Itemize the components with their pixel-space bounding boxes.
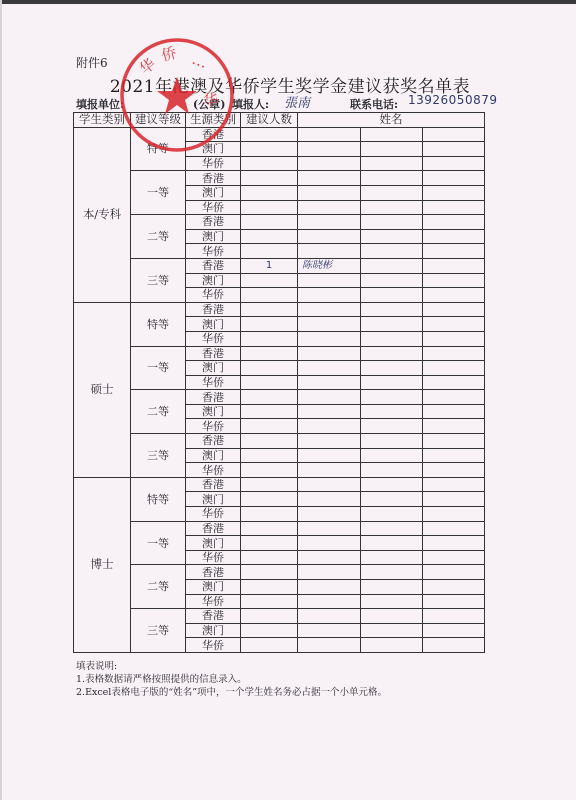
count-cell[interactable] — [241, 171, 298, 186]
name-cell[interactable] — [423, 185, 485, 200]
name-cell[interactable] — [361, 229, 423, 244]
name-cell[interactable] — [361, 215, 423, 230]
name-cell[interactable] — [361, 492, 423, 507]
count-cell[interactable] — [241, 317, 298, 332]
level-cell: 特等 — [131, 302, 186, 346]
count-cell[interactable] — [241, 507, 298, 522]
name-cell[interactable] — [423, 609, 485, 624]
table-row: 三等香港 — [74, 434, 485, 449]
name-cell[interactable] — [423, 521, 485, 536]
name-cell[interactable] — [298, 507, 361, 522]
count-cell[interactable] — [241, 404, 298, 419]
name-cell[interactable] — [361, 185, 423, 200]
header-level: 建议等级 — [131, 113, 186, 128]
name-cell[interactable] — [298, 302, 361, 317]
source-cell: 澳门 — [186, 580, 241, 595]
count-cell[interactable] — [241, 448, 298, 463]
name-cell[interactable] — [361, 419, 423, 434]
table-row: 本/专科特等香港 — [74, 127, 485, 142]
count-cell[interactable] — [241, 565, 298, 580]
source-cell: 香港 — [186, 258, 241, 273]
level-cell: 三等 — [131, 434, 186, 478]
table-row: 二等香港 — [74, 390, 485, 405]
name-cell[interactable] — [361, 258, 423, 273]
name-cell[interactable] — [423, 434, 485, 449]
name-cell[interactable] — [298, 142, 361, 157]
name-cell[interactable] — [298, 580, 361, 595]
name-cell[interactable] — [423, 244, 485, 259]
level-cell: 二等 — [131, 215, 186, 259]
source-cell: 澳门 — [186, 273, 241, 288]
scan-top-edge — [0, 0, 576, 4]
header-source: 生源类别 — [186, 113, 241, 128]
count-cell[interactable] — [241, 521, 298, 536]
source-cell: 香港 — [186, 390, 241, 405]
table-row: 博士特等香港 — [74, 477, 485, 492]
source-cell: 澳门 — [186, 448, 241, 463]
name-cell[interactable] — [423, 273, 485, 288]
count-cell[interactable] — [241, 463, 298, 478]
name-cell[interactable] — [298, 273, 361, 288]
name-cell[interactable] — [298, 288, 361, 303]
name-cell[interactable] — [361, 609, 423, 624]
name-cell[interactable] — [361, 346, 423, 361]
name-cell[interactable] — [298, 185, 361, 200]
level-cell: 二等 — [131, 565, 186, 609]
name-cell[interactable] — [361, 536, 423, 551]
name-cell[interactable] — [298, 229, 361, 244]
source-cell: 香港 — [186, 171, 241, 186]
name-cell[interactable] — [423, 390, 485, 405]
student-category-cell: 硕士 — [74, 302, 131, 477]
name-cell[interactable] — [298, 317, 361, 332]
name-cell[interactable] — [298, 638, 361, 653]
name-cell[interactable] — [423, 142, 485, 157]
phone-value: 13926050879 — [408, 93, 497, 107]
source-cell: 香港 — [186, 434, 241, 449]
name-cell[interactable] — [423, 594, 485, 609]
table-row: 硕士特等香港 — [74, 302, 485, 317]
table-row: 二等香港 — [74, 565, 485, 580]
table-row: 三等香港1陈晓彬 — [74, 258, 485, 273]
name-cell[interactable] — [298, 623, 361, 638]
phone-label: 联系电话: — [350, 96, 398, 112]
source-cell: 澳门 — [186, 317, 241, 332]
scan-left-edge — [0, 0, 2, 800]
header-names: 姓名 — [298, 113, 485, 128]
name-cell[interactable] — [361, 565, 423, 580]
name-cell[interactable] — [361, 521, 423, 536]
count-cell[interactable] — [241, 244, 298, 259]
name-cell[interactable] — [423, 492, 485, 507]
name-cell[interactable] — [423, 215, 485, 230]
name-cell[interactable] — [361, 463, 423, 478]
name-cell[interactable] — [423, 404, 485, 419]
count-cell[interactable] — [241, 127, 298, 142]
name-cell[interactable] — [423, 229, 485, 244]
name-cell[interactable] — [361, 434, 423, 449]
student-category-cell: 本/专科 — [74, 127, 131, 302]
source-cell: 澳门 — [186, 536, 241, 551]
count-cell[interactable] — [241, 609, 298, 624]
name-cell[interactable] — [423, 638, 485, 653]
name-cell[interactable] — [361, 244, 423, 259]
source-cell: 澳门 — [186, 361, 241, 376]
source-cell: 华侨 — [186, 507, 241, 522]
count-cell[interactable]: 1 — [241, 258, 298, 273]
name-cell[interactable] — [298, 521, 361, 536]
source-cell: 澳门 — [186, 185, 241, 200]
count-cell[interactable] — [241, 142, 298, 157]
count-cell[interactable] — [241, 156, 298, 171]
name-cell[interactable] — [423, 346, 485, 361]
count-cell[interactable] — [241, 185, 298, 200]
name-cell[interactable] — [361, 317, 423, 332]
name-cell[interactable] — [423, 317, 485, 332]
source-cell: 澳门 — [186, 404, 241, 419]
count-cell[interactable] — [241, 536, 298, 551]
name-cell[interactable] — [361, 638, 423, 653]
name-cell[interactable] — [423, 580, 485, 595]
count-cell[interactable] — [241, 492, 298, 507]
count-cell[interactable] — [241, 273, 298, 288]
name-cell[interactable] — [423, 288, 485, 303]
name-cell[interactable] — [361, 594, 423, 609]
name-cell[interactable] — [423, 156, 485, 171]
name-cell[interactable] — [423, 258, 485, 273]
name-cell[interactable] — [298, 156, 361, 171]
header-count: 建议人数 — [241, 113, 298, 128]
source-cell: 香港 — [186, 302, 241, 317]
source-cell: 华侨 — [186, 375, 241, 390]
name-cell[interactable] — [361, 404, 423, 419]
name-cell[interactable] — [361, 142, 423, 157]
name-cell[interactable] — [361, 171, 423, 186]
name-cell[interactable] — [423, 536, 485, 551]
source-cell: 华侨 — [186, 156, 241, 171]
name-cell[interactable] — [298, 594, 361, 609]
name-cell[interactable] — [298, 536, 361, 551]
count-cell[interactable] — [241, 638, 298, 653]
count-cell[interactable] — [241, 302, 298, 317]
count-cell[interactable] — [241, 623, 298, 638]
name-cell[interactable] — [361, 331, 423, 346]
name-cell[interactable] — [423, 200, 485, 215]
filler-signature: 張南 — [284, 92, 310, 111]
level-cell: 三等 — [131, 609, 186, 653]
attachment-label: 附件6 — [76, 54, 108, 71]
source-cell: 香港 — [186, 521, 241, 536]
name-cell[interactable] — [361, 550, 423, 565]
source-cell: 华侨 — [186, 244, 241, 259]
source-cell: 华侨 — [186, 200, 241, 215]
name-cell[interactable] — [423, 331, 485, 346]
count-cell[interactable] — [241, 594, 298, 609]
source-cell: 华侨 — [186, 288, 241, 303]
count-cell[interactable] — [241, 346, 298, 361]
table-row: 三等香港 — [74, 609, 485, 624]
count-cell[interactable] — [241, 580, 298, 595]
count-cell[interactable] — [241, 361, 298, 376]
count-cell[interactable] — [241, 419, 298, 434]
name-cell[interactable] — [423, 623, 485, 638]
name-cell[interactable]: 陈晓彬 — [298, 258, 361, 273]
count-cell[interactable] — [241, 434, 298, 449]
name-cell[interactable] — [423, 463, 485, 478]
name-cell[interactable] — [298, 215, 361, 230]
source-cell: 澳门 — [186, 492, 241, 507]
name-cell[interactable] — [361, 302, 423, 317]
notes-item: 2.Excel表格电子版的“姓名”项中，一个学生姓名务必占据一个小单元格。 — [76, 686, 387, 699]
notes-heading: 填表说明: — [76, 660, 387, 673]
name-cell[interactable] — [298, 127, 361, 142]
header-student-category: 学生类别 — [74, 113, 131, 128]
table-row: 一等香港 — [74, 346, 485, 361]
name-cell[interactable] — [423, 448, 485, 463]
count-cell[interactable] — [241, 215, 298, 230]
name-cell[interactable] — [298, 346, 361, 361]
name-cell[interactable] — [423, 507, 485, 522]
source-cell: 香港 — [186, 609, 241, 624]
level-cell: 特等 — [131, 477, 186, 521]
name-cell[interactable] — [298, 609, 361, 624]
name-cell[interactable] — [423, 419, 485, 434]
svg-text:侨: 侨 — [159, 44, 178, 65]
seal-label: (公章) — [193, 96, 225, 112]
name-cell[interactable] — [361, 273, 423, 288]
name-cell[interactable] — [361, 127, 423, 142]
notes-item: 1.表格数据请严格按照提供的信息录入。 — [76, 673, 387, 686]
name-cell[interactable] — [361, 580, 423, 595]
level-cell: 二等 — [131, 390, 186, 434]
name-cell[interactable] — [298, 434, 361, 449]
source-cell: 香港 — [186, 215, 241, 230]
source-cell: 香港 — [186, 127, 241, 142]
name-cell[interactable] — [423, 565, 485, 580]
name-cell[interactable] — [298, 375, 361, 390]
source-cell: 澳门 — [186, 229, 241, 244]
source-cell: 华侨 — [186, 419, 241, 434]
table-body: 本/专科特等香港澳门华侨一等香港澳门华侨二等香港澳门华侨三等香港1陈晓彬澳门华侨… — [74, 127, 485, 652]
count-cell[interactable] — [241, 390, 298, 405]
level-cell: 一等 — [131, 521, 186, 565]
name-cell[interactable] — [423, 171, 485, 186]
name-cell[interactable] — [361, 623, 423, 638]
name-cell[interactable] — [298, 565, 361, 580]
name-cell[interactable] — [423, 477, 485, 492]
count-cell[interactable] — [241, 229, 298, 244]
count-cell[interactable] — [241, 477, 298, 492]
name-cell[interactable] — [361, 361, 423, 376]
source-cell: 华侨 — [186, 638, 241, 653]
notes: 填表说明: 1.表格数据请严格按照提供的信息录入。 2.Excel表格电子版的“… — [76, 660, 387, 699]
level-cell: 一等 — [131, 171, 186, 215]
name-cell[interactable] — [298, 331, 361, 346]
name-cell[interactable] — [298, 477, 361, 492]
table-row: 二等香港 — [74, 215, 485, 230]
count-cell[interactable] — [241, 200, 298, 215]
name-cell[interactable] — [361, 390, 423, 405]
svg-text:…: … — [190, 50, 210, 72]
source-cell: 澳门 — [186, 142, 241, 157]
table-row: 一等香港 — [74, 521, 485, 536]
name-cell[interactable] — [423, 361, 485, 376]
name-cell[interactable] — [423, 375, 485, 390]
name-cell[interactable] — [298, 448, 361, 463]
unit-label: 填报单位: — [76, 96, 124, 112]
name-cell[interactable] — [423, 302, 485, 317]
student-category-cell: 博士 — [74, 477, 131, 652]
source-cell: 澳门 — [186, 623, 241, 638]
level-cell: 三等 — [131, 258, 186, 302]
table-header-row: 学生类别 建议等级 生源类别 建议人数 姓名 — [74, 113, 485, 128]
source-cell: 华侨 — [186, 331, 241, 346]
source-cell: 华侨 — [186, 463, 241, 478]
source-cell: 香港 — [186, 565, 241, 580]
name-cell[interactable] — [298, 492, 361, 507]
name-cell[interactable] — [361, 375, 423, 390]
name-cell[interactable] — [423, 127, 485, 142]
count-cell[interactable] — [241, 550, 298, 565]
name-cell[interactable] — [298, 171, 361, 186]
name-cell[interactable] — [298, 419, 361, 434]
award-nomination-table: 学生类别 建议等级 生源类别 建议人数 姓名 本/专科特等香港澳门华侨一等香港澳… — [73, 112, 485, 653]
name-cell[interactable] — [298, 390, 361, 405]
name-cell[interactable] — [298, 361, 361, 376]
source-cell: 香港 — [186, 477, 241, 492]
name-cell[interactable] — [361, 477, 423, 492]
source-cell: 华侨 — [186, 594, 241, 609]
name-cell[interactable] — [361, 448, 423, 463]
name-cell[interactable] — [423, 550, 485, 565]
filler-label: 填报人: — [232, 96, 269, 112]
name-cell[interactable] — [361, 156, 423, 171]
name-cell[interactable] — [298, 550, 361, 565]
source-cell: 香港 — [186, 346, 241, 361]
count-cell[interactable] — [241, 288, 298, 303]
name-cell[interactable] — [361, 507, 423, 522]
level-cell: 特等 — [131, 127, 186, 171]
table-row: 一等香港 — [74, 171, 485, 186]
name-cell[interactable] — [361, 200, 423, 215]
source-cell: 华侨 — [186, 550, 241, 565]
level-cell: 一等 — [131, 346, 186, 390]
name-cell[interactable] — [298, 244, 361, 259]
count-cell[interactable] — [241, 331, 298, 346]
name-cell[interactable] — [298, 463, 361, 478]
name-cell[interactable] — [298, 200, 361, 215]
count-cell[interactable] — [241, 375, 298, 390]
name-cell[interactable] — [361, 288, 423, 303]
name-cell[interactable] — [298, 404, 361, 419]
